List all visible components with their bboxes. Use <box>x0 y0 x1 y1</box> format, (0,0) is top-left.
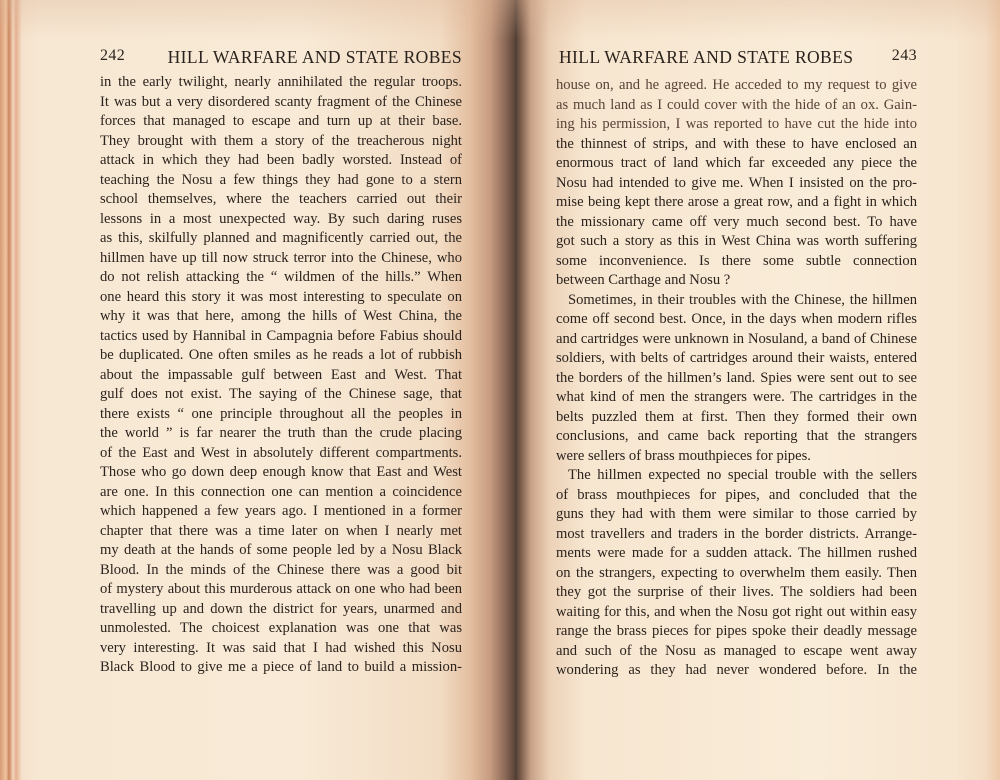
text-line: the world ” is far nearer the truth than… <box>100 424 462 444</box>
text-line: as this, skilfully planned and magnifice… <box>100 229 462 249</box>
text-line: range the brass pieces for pipes spoke t… <box>556 622 917 642</box>
text-line: travelling up and down the district for … <box>100 600 462 620</box>
text-line: attack in which they had been badly wors… <box>100 151 462 171</box>
text-line: the missionary came off very much second… <box>556 213 917 233</box>
text-line: come off second best. Once, in the days … <box>556 310 917 330</box>
text-line: tactics used by Hannibal in Campagnia be… <box>100 327 462 347</box>
text-line: mise being kept there arose a great row,… <box>556 193 917 213</box>
text-line: unmolested. The choicest explanation was… <box>100 619 462 639</box>
paragraph-start-line: The hillmen expected no special trouble … <box>556 466 917 486</box>
text-line: conclusions, and came back reporting tha… <box>556 427 917 447</box>
text-line: what kind of men the strangers were. The… <box>556 388 917 408</box>
text-line: soldiers, with belts of cartridges aroun… <box>556 349 917 369</box>
text-line: my death at the hands of some people led… <box>100 541 462 561</box>
text-line: in the early twilight, nearly annihilate… <box>100 73 462 93</box>
text-line: on the strangers, expecting to overwhelm… <box>556 564 917 584</box>
paragraph-start-line: Sometimes, in their troubles with the Ch… <box>556 291 917 311</box>
left-page-body: in the early twilight, nearly annihilate… <box>100 73 462 678</box>
text-line: They brought with them a story of the tr… <box>100 132 462 152</box>
text-line: there exists “ one principle throughout … <box>100 405 462 425</box>
right-page-number: 243 <box>892 47 917 69</box>
text-line: were sellers of brass mouthpieces for pi… <box>556 447 917 467</box>
text-line: Those who go down deep enough know that … <box>100 463 462 483</box>
text-line: waiting for this, and when the Nosu got … <box>556 603 917 623</box>
text-line: very interesting. It was said that I had… <box>100 639 462 659</box>
text-line: do not relish attacking the “ wildmen of… <box>100 268 462 288</box>
right-page-body: house on, and he agreed. He acceded to m… <box>556 76 917 681</box>
text-line: chapter that there was a time later on w… <box>100 522 462 542</box>
text-line: as much land as I could cover with the h… <box>556 96 917 116</box>
text-line: most travellers and traders in the borde… <box>556 525 917 545</box>
text-line: wondering as they had never wondered bef… <box>556 661 917 681</box>
right-running-head: HILL WARFARE AND STATE ROBES <box>559 47 853 69</box>
text-line: be duplicated. One often smiles as he re… <box>100 346 462 366</box>
text-line: the thinnest of strips, and with these t… <box>556 135 917 155</box>
text-line: Nosu had intended to give me. When I ins… <box>556 174 917 194</box>
text-line: It was but a very disordered scanty frag… <box>100 93 462 113</box>
text-line: gulf does not exist. The saying of the C… <box>100 385 462 405</box>
text-line: forces that managed to escape and turn u… <box>100 112 462 132</box>
text-line: are one. In this connection one can ment… <box>100 483 462 503</box>
text-line: enormous tract of land which far exceede… <box>556 154 917 174</box>
left-page-header: 242 HILL WARFARE AND STATE ROBES <box>100 47 462 69</box>
left-page-number: 242 <box>100 47 125 69</box>
text-line: teaching the Nosu a few things they had … <box>100 171 462 191</box>
text-line: hillmen have up till now struck terror i… <box>100 249 462 269</box>
text-line: they got the surprise of their lives. Th… <box>556 583 917 603</box>
text-line: school themselves, where the teachers ca… <box>100 190 462 210</box>
text-line: about the impassable gulf between East a… <box>100 366 462 386</box>
text-line: and cartridges were unknown in Nosuland,… <box>556 330 917 350</box>
text-line: of the East and West in absolutely diffe… <box>100 444 462 464</box>
text-line: belts puzzled them at first. Then they f… <box>556 408 917 428</box>
text-line: some inconvenience. Is there some subtle… <box>556 252 917 272</box>
text-line: Blood. In the minds of the Chinese there… <box>100 561 462 581</box>
open-book-spread: 242 HILL WARFARE AND STATE ROBES HILL WA… <box>0 0 1000 780</box>
text-line: of brass mouthpieces for pipes, and conc… <box>556 486 917 506</box>
text-line: why it was that here, among the hills of… <box>100 307 462 327</box>
text-line: the borders of the hillmen’s land. Spies… <box>556 369 917 389</box>
text-line: lessons in a most unexpected way. By suc… <box>100 210 462 230</box>
text-line: ing his permission, I was reported to ha… <box>556 115 917 135</box>
left-running-head: HILL WARFARE AND STATE ROBES <box>168 47 462 69</box>
text-line: house on, and he agreed. He acceded to m… <box>556 76 917 96</box>
text-line: ments were made for a sudden attack. The… <box>556 544 917 564</box>
text-line: Black Blood to give me a piece of land t… <box>100 658 462 678</box>
text-line: which happened a few years ago. I mentio… <box>100 502 462 522</box>
text-line: got such a story as this in West China w… <box>556 232 917 252</box>
text-line: of mystery about this murderous attack o… <box>100 580 462 600</box>
text-line: guns they had with them were similar to … <box>556 505 917 525</box>
text-line: one heard this story it was most interes… <box>100 288 462 308</box>
text-line: and such of the Nosu as managed to escap… <box>556 642 917 662</box>
text-line: between Carthage and Nosu ? <box>556 271 917 291</box>
right-page-header: HILL WARFARE AND STATE ROBES 243 <box>559 47 917 69</box>
